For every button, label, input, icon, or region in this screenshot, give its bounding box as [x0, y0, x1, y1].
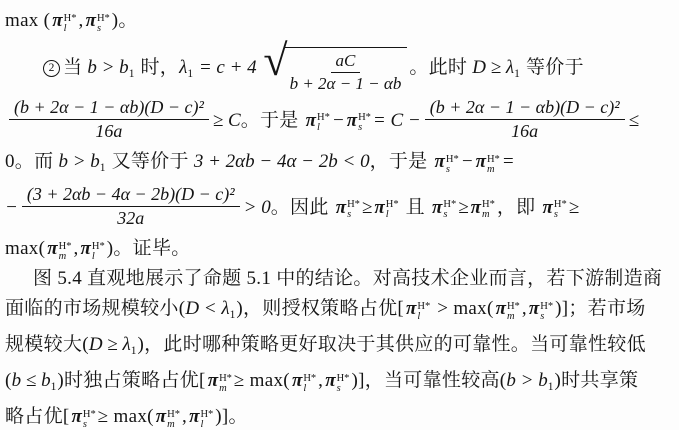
pi-term-l: πH*l: [306, 110, 330, 130]
pi-term-m: πH*m: [496, 299, 520, 319]
pi-term-m: πH*m: [208, 371, 232, 391]
text-run: 规模较大(: [5, 334, 89, 355]
pi-symbol: π: [432, 198, 442, 217]
text-line: max (πH*l,πH*s)。: [5, 6, 677, 36]
pi-term-l: πH*l: [374, 197, 398, 217]
pi-symbol: π: [496, 299, 506, 318]
text-run: > max(: [432, 298, 493, 319]
text-run: 。于是: [241, 110, 304, 131]
text-run: )]，当可靠性较高(: [351, 370, 506, 391]
pi-symbol: π: [347, 111, 357, 130]
pi-term-s: πH*s: [435, 152, 459, 172]
pi-subscript: l: [64, 24, 67, 34]
pi-symbol: π: [81, 239, 91, 258]
text-line: 面临的市场规模较小(D < λ1)，则授权策略占优[πH*l > max(πH*…: [5, 294, 677, 330]
pi-scripts: H*m: [59, 242, 72, 262]
subscript-1: 1: [514, 68, 520, 80]
text-line: 略占优[πH*s≥ max(πH*m,πH*l)]。: [5, 402, 677, 430]
pi-scripts: H*s: [446, 155, 459, 175]
pi-term-s: πH*s: [325, 371, 349, 391]
text-run: 。此时: [409, 57, 472, 78]
text-run: 面临的市场规模较小(: [5, 298, 185, 319]
pi-scripts: H*m: [167, 410, 180, 430]
text-run: 且: [401, 197, 430, 218]
pi-scripts: H*l: [92, 242, 105, 262]
text-run: )时共享策: [555, 370, 639, 391]
math-run: = c + 4: [194, 57, 261, 78]
math-run: > 0: [244, 197, 271, 218]
text-run: 图 5.4 直观地展示了命题 5.1 中的结论。对高技术企业而言，若下游制造商: [33, 268, 662, 289]
subscript-1: 1: [230, 309, 236, 321]
fraction: aCb + 2α − 1 − αb: [290, 51, 402, 94]
pi-scripts: H*s: [337, 374, 350, 394]
pi-scripts: H*s: [554, 200, 567, 220]
text-run: 0。而: [5, 151, 58, 172]
pi-subscript: l: [417, 312, 420, 322]
fraction-numerator: aC: [331, 51, 361, 73]
pi-term-s: πH*s: [529, 299, 553, 319]
pi-symbol: π: [336, 198, 346, 217]
pi-subscript: l: [200, 420, 203, 430]
text-run: 时，: [135, 57, 179, 78]
circled-2-marker: 2: [43, 60, 60, 77]
pi-symbol: π: [374, 198, 384, 217]
text-run: )时独占策略占优[: [57, 370, 205, 391]
pi-subscript: m: [507, 312, 515, 322]
pi-term-s: πH*s: [336, 197, 360, 217]
pi-scripts: H*l: [386, 200, 399, 220]
pi-subscript: m: [487, 165, 495, 175]
fraction: (3 + 2αb − 4α − 2b)(D − c)²32a: [22, 184, 240, 229]
math-run: D < λ: [185, 298, 229, 319]
pi-term-l: πH*l: [189, 407, 213, 427]
subscript-1: 1: [51, 381, 57, 393]
text-run: )。证毕。: [107, 238, 191, 259]
math-run: b > b: [506, 370, 547, 391]
pi-scripts: H*s: [347, 200, 360, 220]
geq-sign: ≥: [362, 197, 372, 218]
formula-line: 0。而 b > b1 又等价于 3 + 2αb − 4α − 2b < 0，于是…: [5, 147, 677, 183]
pi-subscript: l: [386, 210, 389, 220]
comma: ,: [182, 406, 187, 427]
pi-scripts: H*s: [358, 113, 371, 133]
text-run: ，即: [497, 197, 541, 218]
text-run: )。: [112, 10, 138, 31]
text-run: 。因此: [271, 197, 334, 218]
pi-scripts: H*l: [303, 374, 316, 394]
formula-line: (b + 2α − 1 − αb)(D − c)²16a≥ C。于是 πH*l−…: [5, 99, 677, 144]
pi-symbol: π: [471, 198, 481, 217]
pi-symbol: π: [72, 407, 82, 426]
text-run: ≥ max(: [98, 406, 154, 427]
pi-subscript: m: [482, 210, 490, 220]
text-line: max(πH*m,πH*l)。证毕。: [5, 234, 677, 264]
pi-term-m: πH*m: [476, 152, 500, 172]
math-run: 3 + 2αb − 4α − 2b < 0: [194, 151, 370, 172]
pi-term-l: πH*l: [81, 239, 105, 259]
pi-subscript: s: [337, 384, 341, 394]
pi-symbol: π: [435, 152, 445, 171]
text-line: 图 5.4 直观地展示了命题 5.1 中的结论。对高技术企业而言，若下游制造商: [5, 264, 677, 294]
pi-symbol: π: [306, 111, 316, 130]
text-run: max(: [5, 238, 45, 259]
pi-scripts: H*m: [482, 200, 495, 220]
subscript-1: 1: [100, 162, 106, 174]
pi-subscript: m: [219, 384, 227, 394]
pi-subscript: l: [92, 252, 95, 262]
text-run: ，于是: [370, 151, 433, 172]
pi-symbol: π: [208, 371, 218, 390]
pi-term-s: πH*s: [543, 197, 567, 217]
pi-term-m: πH*m: [156, 407, 180, 427]
pi-subscript: l: [317, 123, 320, 133]
pi-term-l: πH*l: [292, 371, 316, 391]
comma: ,: [522, 298, 527, 319]
math-run: b > b: [87, 57, 128, 78]
fraction-numerator: (3 + 2αb − 4α − 2b)(D − c)²: [22, 184, 240, 207]
math-run: = C −: [373, 110, 421, 131]
fraction-denominator: b + 2α − 1 − αb: [290, 73, 402, 94]
pi-subscript: s: [446, 165, 450, 175]
fraction-denominator: 16a: [95, 120, 122, 142]
minus-sign: −: [5, 197, 18, 218]
pi-symbol: π: [543, 198, 553, 217]
pi-subscript: m: [59, 252, 67, 262]
document-page: { "symbols": { "pi": "π", "sup": "H*", "…: [0, 0, 679, 430]
fraction-denominator: 32a: [117, 207, 144, 229]
pi-subscript: s: [554, 210, 558, 220]
pi-scripts: H*s: [97, 14, 110, 34]
comma: ,: [79, 10, 84, 31]
radicand: aCb + 2α − 1 − αb: [284, 47, 408, 94]
text-run: )，此时哪种策略更好取决于其供应的可靠性。当可靠性较低: [137, 334, 645, 355]
pi-term-m: πH*m: [471, 197, 495, 217]
math-run: b > b: [58, 151, 99, 172]
fraction-numerator: (b + 2α − 1 − αb)(D − c)²: [425, 97, 625, 120]
formula-line: −(3 + 2αb − 4α − 2b)(D − c)²32a> 0。因此 πH…: [5, 186, 677, 231]
text-run: 等价于: [521, 57, 584, 78]
pi-term-s: πH*s: [86, 11, 110, 31]
pi-subscript: s: [540, 312, 544, 322]
math-run: D ≥ λ: [89, 334, 131, 355]
subscript-1: 1: [548, 381, 554, 393]
pi-symbol: π: [156, 407, 166, 426]
pi-scripts: H*l: [64, 14, 77, 34]
text-run: )，则授权策略占优[: [236, 298, 404, 319]
fraction: (b + 2α − 1 − αb)(D − c)²16a: [9, 97, 209, 142]
pi-scripts: H*s: [443, 200, 456, 220]
pi-subscript: s: [97, 24, 101, 34]
geq-sign: ≥: [458, 197, 468, 218]
pi-term-l: πH*l: [406, 299, 430, 319]
pi-symbol: π: [325, 371, 335, 390]
geq-sign: ≥: [569, 197, 579, 218]
pi-subscript: l: [303, 384, 306, 394]
pi-scripts: H*s: [540, 302, 553, 322]
text-run: (: [5, 370, 12, 391]
pi-scripts: H*m: [507, 302, 520, 322]
page-body: max (πH*l,πH*s)。 2当 b > b1 时，λ1 = c + 4 …: [0, 0, 679, 430]
text-run: )]。: [215, 406, 248, 427]
fraction: (b + 2α − 1 − αb)(D − c)²16a: [425, 97, 625, 142]
subscript-1: 1: [187, 68, 193, 80]
pi-subscript: s: [83, 420, 87, 430]
pi-symbol: π: [529, 299, 539, 318]
pi-symbol: π: [406, 299, 416, 318]
pi-term-s: πH*s: [72, 407, 96, 427]
pi-subscript: m: [167, 420, 175, 430]
fraction-numerator: (b + 2α − 1 − αb)(D − c)²: [9, 97, 209, 120]
text-run: )]；若市场: [555, 298, 645, 319]
math-run: ≥ C: [213, 110, 241, 131]
pi-scripts: H*l: [317, 113, 330, 133]
text-run: 当: [63, 57, 87, 78]
comma: ,: [73, 238, 78, 259]
formula-line: 2当 b > b1 时，λ1 = c + 4 √aCb + 2α − 1 − α…: [5, 41, 677, 96]
pi-symbol: π: [52, 11, 62, 30]
text-line: (b ≤ b1)时独占策略占优[πH*m≥ max(πH*l,πH*s)]，当可…: [5, 366, 677, 402]
pi-term-s: πH*s: [432, 197, 456, 217]
subscript-1: 1: [129, 68, 135, 80]
math-run: ≤: [629, 110, 639, 131]
pi-scripts: H*m: [487, 155, 500, 175]
pi-subscript: s: [358, 123, 362, 133]
math-run: D ≥ λ: [472, 57, 514, 78]
pi-scripts: H*l: [417, 302, 430, 322]
pi-term-l: πH*l: [52, 11, 76, 31]
pi-subscript: s: [443, 210, 447, 220]
pi-subscript: s: [347, 210, 351, 220]
pi-term-m: πH*m: [47, 239, 71, 259]
subscript-1: 1: [131, 345, 137, 357]
text-run: max (: [5, 10, 50, 31]
fraction-denominator: 16a: [511, 120, 538, 142]
pi-scripts: H*s: [83, 410, 96, 430]
math-run: b ≤ b: [12, 370, 51, 391]
minus-sign: −: [332, 110, 345, 131]
text-run: 略占优[: [5, 406, 70, 427]
equals-sign: =: [502, 151, 515, 172]
pi-symbol: π: [189, 407, 199, 426]
text-run: ≥ max(: [234, 370, 290, 391]
pi-symbol: π: [476, 152, 486, 171]
pi-symbol: π: [47, 239, 57, 258]
pi-term-s: πH*s: [347, 110, 371, 130]
square-root: √aCb + 2α − 1 − αb: [263, 39, 407, 94]
pi-scripts: H*m: [219, 374, 232, 394]
text-run: 又等价于: [107, 151, 194, 172]
minus-sign: −: [461, 151, 474, 172]
pi-symbol: π: [292, 371, 302, 390]
comma: ,: [318, 370, 323, 391]
pi-symbol: π: [86, 11, 96, 30]
text-line: 规模较大(D ≥ λ1)，此时哪种策略更好取决于其供应的可靠性。当可靠性较低: [5, 330, 677, 366]
pi-scripts: H*l: [200, 410, 213, 430]
